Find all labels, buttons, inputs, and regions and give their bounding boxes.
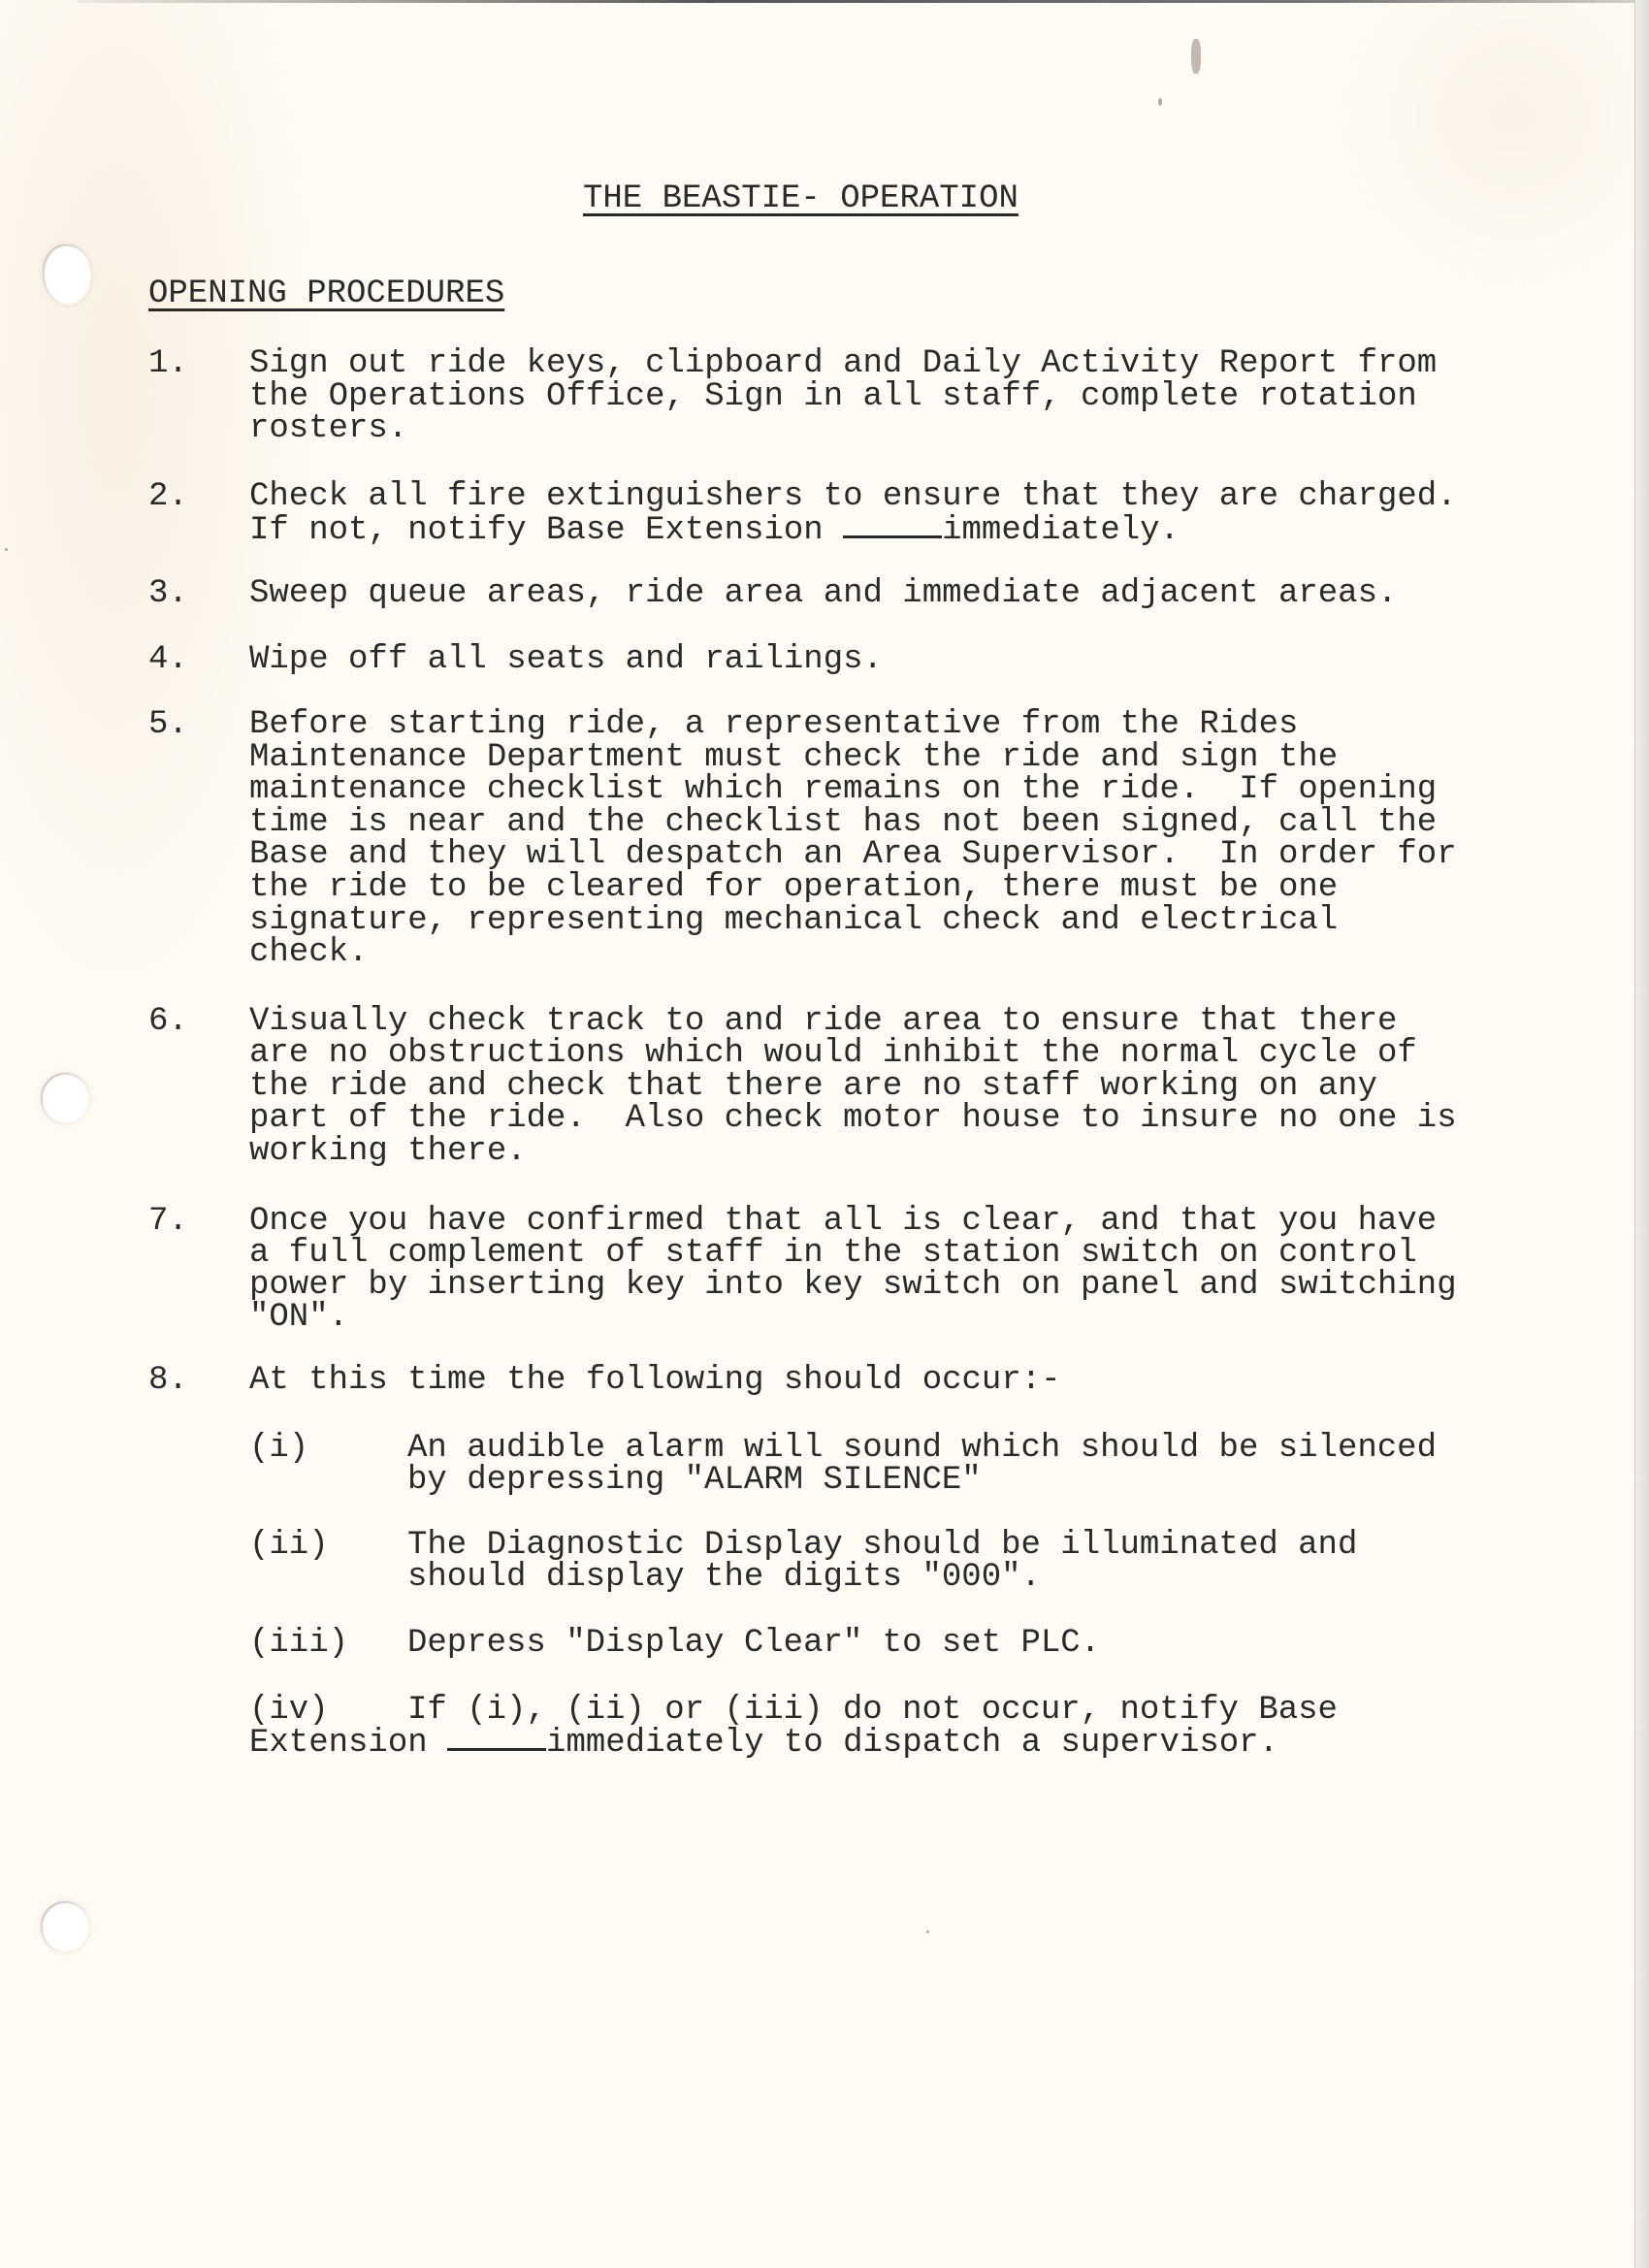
item-number: 2. xyxy=(148,481,188,514)
subitem-label: (i) xyxy=(249,1433,308,1466)
item-line: Sweep queue areas, ride area and immedia… xyxy=(249,578,1397,611)
punch-hole-top xyxy=(43,244,91,305)
item-line: maintenance checklist which remains on t… xyxy=(249,774,1437,807)
item-line: the Operations Office, Sign in all staff… xyxy=(249,381,1417,414)
subitem-line: should display the digits "000". xyxy=(407,1562,1041,1595)
item-line: Before starting ride, a representative f… xyxy=(249,709,1298,742)
paper-stain xyxy=(1191,39,1201,74)
subitem-label: (iii) xyxy=(249,1628,348,1661)
paper-speck xyxy=(5,548,8,551)
item-line: Check all fire extinguishers to ensure t… xyxy=(249,481,1457,514)
item-line: time is near and the checklist has not b… xyxy=(249,807,1437,840)
paper-speck xyxy=(1158,98,1162,106)
item-line: Visually check track to and ride area to… xyxy=(249,1006,1397,1039)
item-line: the ride to be cleared for operation, th… xyxy=(249,872,1338,905)
extension-blank xyxy=(447,1727,546,1751)
subitem-line: An audible alarm will sound which should… xyxy=(407,1433,1437,1466)
item-line: "ON". xyxy=(249,1302,348,1335)
item-line: Wipe off all seats and railings. xyxy=(249,644,883,677)
item-line: part of the ride. Also check motor house… xyxy=(249,1103,1457,1136)
item-line: power by inserting key into key switch o… xyxy=(249,1270,1457,1303)
item-number: 5. xyxy=(148,709,188,742)
item-number: 7. xyxy=(148,1206,188,1239)
subitem-line-tail: immediately to dispatch a supervisor. xyxy=(546,1725,1278,1762)
item-line: signature, representing mechanical check… xyxy=(249,905,1338,938)
item-line: Once you have confirmed that all is clea… xyxy=(249,1206,1437,1239)
item-number: 8. xyxy=(148,1365,188,1398)
item-line: Maintenance Department must check the ri… xyxy=(249,742,1338,775)
item-line: If not, notify Base Extension xyxy=(249,512,824,549)
item-line-with-blank: If not, notify Base Extension immediatel… xyxy=(249,514,1180,548)
punch-hole-middle xyxy=(41,1073,89,1123)
subitem-line: The Diagnostic Display should be illumin… xyxy=(407,1530,1357,1563)
scan-right-edge xyxy=(1634,0,1649,2268)
subitem-label: (iv) xyxy=(249,1695,329,1728)
item-line: check. xyxy=(249,937,368,970)
item-line: are no obstructions which would inhibit … xyxy=(249,1038,1417,1071)
subitem-line-with-blank: Extension immediately to dispatch a supe… xyxy=(249,1727,1278,1761)
punch-hole-bottom xyxy=(41,1901,89,1952)
paper-speck xyxy=(926,1930,929,1933)
item-line: Sign out ride keys, clipboard and Daily … xyxy=(249,348,1437,381)
extension-blank xyxy=(843,514,942,538)
item-line: At this time the following should occur:… xyxy=(249,1365,1061,1398)
subitem-line: by depressing "ALARM SILENCE" xyxy=(407,1465,982,1498)
subitem-label: (ii) xyxy=(249,1530,329,1563)
item-line: a full complement of staff in the statio… xyxy=(249,1238,1417,1271)
item-line: Base and they will despatch an Area Supe… xyxy=(249,839,1457,872)
item-number: 3. xyxy=(148,578,188,611)
item-number: 6. xyxy=(148,1006,188,1039)
section-heading: OPENING PROCEDURES xyxy=(148,278,504,311)
scan-top-edge xyxy=(78,0,1649,3)
item-line: working there. xyxy=(249,1136,527,1169)
item-line-tail: immediately. xyxy=(942,512,1180,549)
item-number: 4. xyxy=(148,644,188,677)
document-title: THE BEASTIE- OPERATION xyxy=(583,183,1018,216)
item-line: rosters. xyxy=(249,413,407,446)
subitem-line: If (i), (ii) or (iii) do not occur, noti… xyxy=(407,1695,1338,1728)
subitem-line: Extension xyxy=(249,1725,428,1762)
subitem-line: Depress "Display Clear" to set PLC. xyxy=(407,1628,1100,1661)
item-line: the ride and check that there are no sta… xyxy=(249,1071,1377,1104)
item-number: 1. xyxy=(148,348,188,381)
